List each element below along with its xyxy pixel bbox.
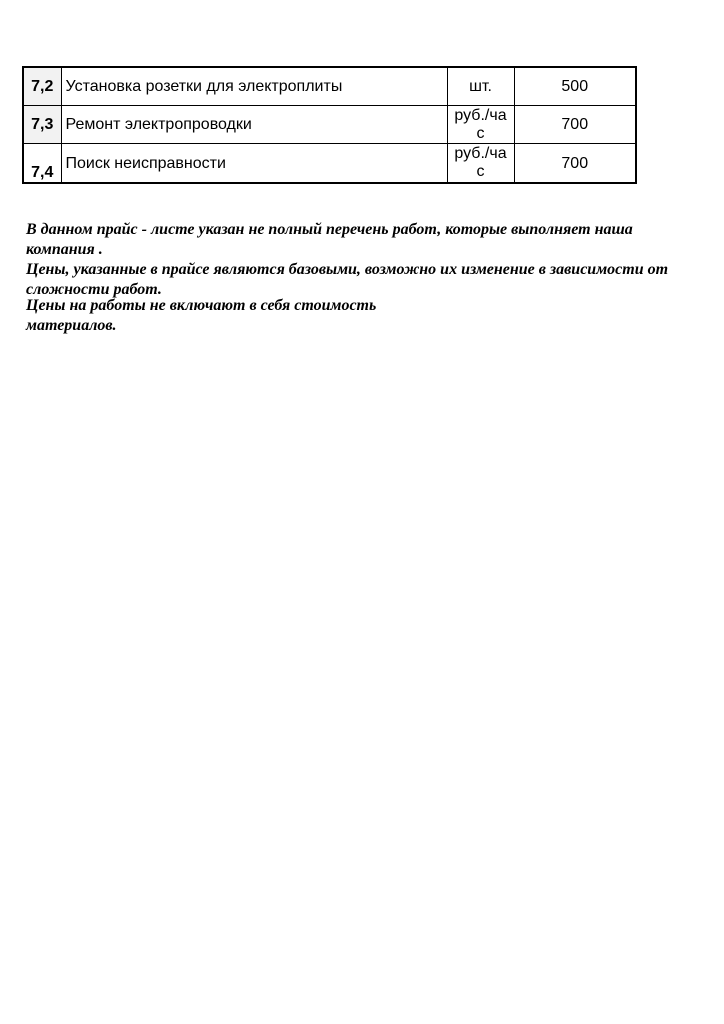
- item-number: 7,3: [23, 106, 61, 144]
- service-name: Установка розетки для электроплиты: [61, 67, 447, 106]
- unit: руб./час: [447, 106, 514, 144]
- table-row: 7,4 Поиск неисправности руб./час 700: [23, 144, 636, 184]
- unit: руб./час: [447, 144, 514, 184]
- price-table: 7,2 Установка розетки для электроплиты ш…: [22, 66, 637, 184]
- table-row: 7,2 Установка розетки для электроплиты ш…: [23, 67, 636, 106]
- item-number: 7,2: [23, 67, 61, 106]
- price: 500: [514, 67, 636, 106]
- note-materials-excluded: Цены на работы не включают в себя стоимо…: [26, 296, 416, 336]
- table-row: 7,3 Ремонт электропроводки руб./час 700: [23, 106, 636, 144]
- item-number: 7,4: [23, 144, 61, 184]
- notes-block: В данном прайс - листе указан не полный …: [26, 220, 696, 336]
- note-base-prices: Цены, указанные в прайсе являются базовы…: [26, 260, 696, 300]
- price: 700: [514, 106, 636, 144]
- note-incomplete-list: В данном прайс - листе указан не полный …: [26, 220, 696, 260]
- unit: шт.: [447, 67, 514, 106]
- service-name: Ремонт электропроводки: [61, 106, 447, 144]
- price: 700: [514, 144, 636, 184]
- service-name: Поиск неисправности: [61, 144, 447, 184]
